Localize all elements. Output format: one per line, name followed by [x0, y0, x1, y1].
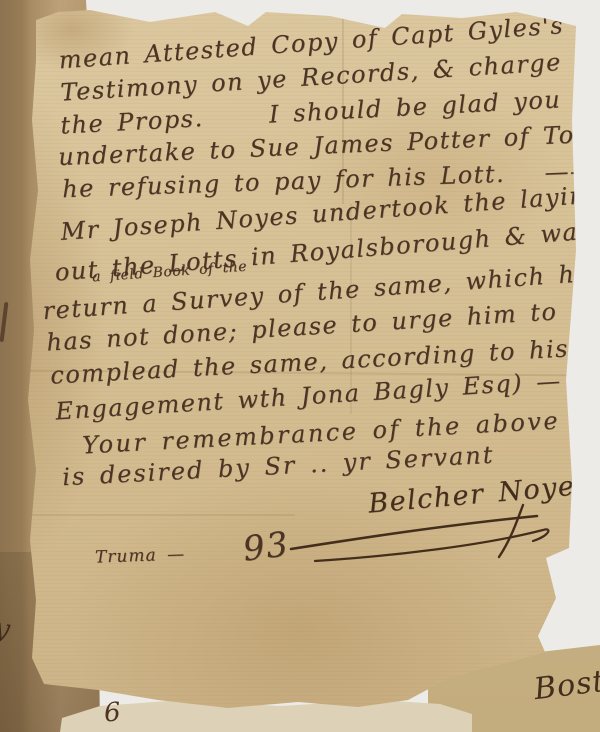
signature-flourish — [285, 503, 563, 565]
handwriting-line-partial: very — [94, 0, 151, 16]
struck-out-word: Evidence — [576, 2, 600, 39]
horizontal-fold-crease — [30, 514, 295, 516]
docket-label: Truma — — [95, 544, 186, 567]
bottom-fragment-writing: 6 — [103, 697, 122, 728]
letter-paper: very mean Attested Copy of Capt Gyles's … — [0, 0, 600, 732]
scanned-document: y Bost 6 very mean Attested Copy of Capt… — [0, 0, 600, 732]
docket-number: 93 — [241, 524, 292, 569]
